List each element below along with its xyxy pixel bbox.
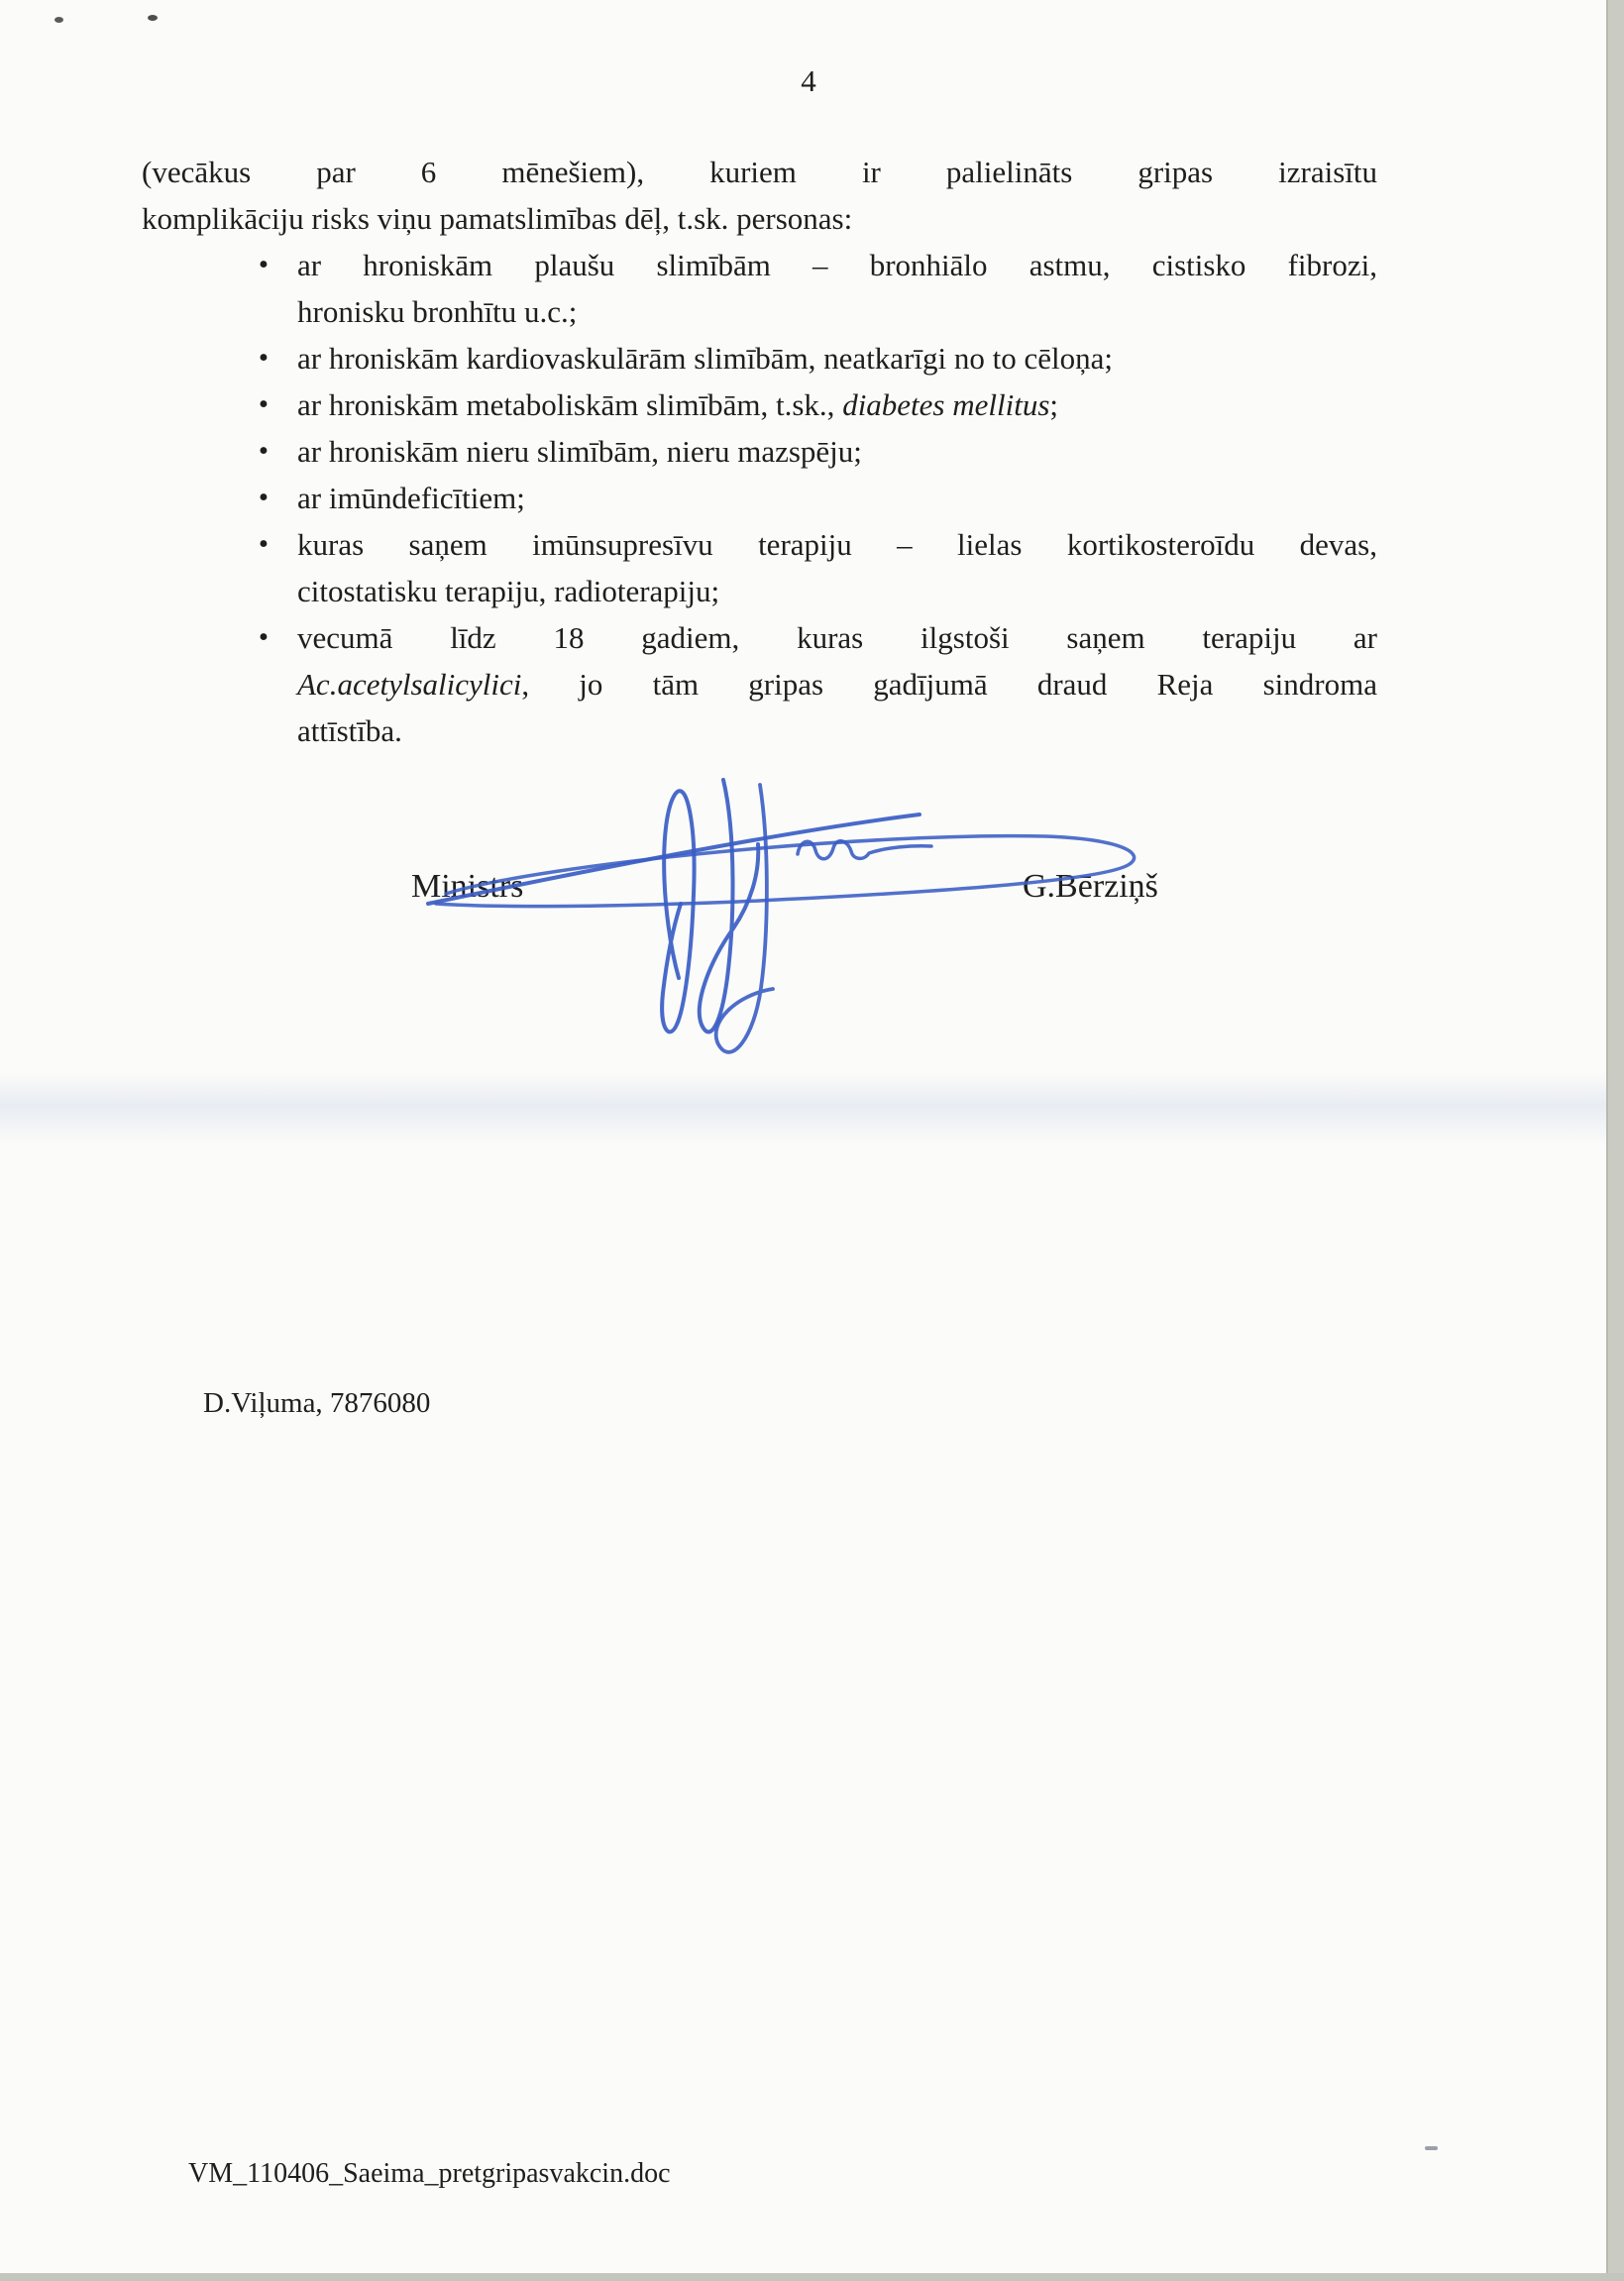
text-segment: (vecākus par 6 mēnešiem), kuriem ir pali… — [142, 155, 1377, 189]
bullet-item: •ar hroniskām kardiovaskulārām slimībām,… — [142, 335, 1377, 381]
text-segment: , jo tām gripas gadījumā draud Reja sind… — [521, 667, 1377, 702]
text-segment: ar imūndeficītiem; — [297, 481, 525, 515]
scan-speck — [1425, 2146, 1438, 2150]
text-segment: vecumā līdz 18 gadiem, kuras ilgstoši sa… — [297, 620, 1377, 655]
text-line: hronisku bronhītu u.c.; — [297, 288, 1377, 335]
text-line: ar hroniskām nieru slimībām, nieru mazsp… — [297, 428, 1377, 475]
scanner-edge-bottom — [0, 2273, 1624, 2281]
text-line: ar hroniskām kardiovaskulārām slimībām, … — [297, 335, 1377, 381]
bullet-marker: • — [244, 428, 283, 475]
text-segment: ar hroniskām plaušu slimībām – bronhiālo… — [297, 248, 1377, 282]
text-line: ar hroniskām plaušu slimībām – bronhiālo… — [297, 242, 1377, 288]
text-segment: komplikāciju risks viņu pamatslimības dē… — [142, 201, 852, 236]
text-line: ar imūndeficītiem; — [297, 475, 1377, 521]
text-segment: ; — [1049, 387, 1058, 422]
text-line: ar hroniskām metaboliskām slimībām, t.sk… — [297, 381, 1377, 428]
bullet-item: •vecumā līdz 18 gadiem, kuras ilgstoši s… — [142, 614, 1377, 754]
scan-artifact-band — [0, 1072, 1624, 1145]
text-line: attīstība. — [297, 707, 1377, 754]
scan-speck — [148, 15, 158, 21]
contact-line: D.Viļuma, 7876080 — [203, 1387, 430, 1420]
signature-stroke-diagonal — [428, 815, 920, 904]
bullet-marker: • — [244, 242, 283, 288]
text-segment: citostatisku terapiju, radioterapiju; — [297, 574, 719, 608]
bullet-item: •ar hroniskām plaušu slimībām – bronhiāl… — [142, 242, 1377, 335]
text-line: citostatisku terapiju, radioterapiju; — [297, 568, 1377, 614]
footer-filename: VM_110406_Saeima_pretgripasvakcin.doc — [188, 2158, 671, 2190]
text-segment: kuras saņem imūnsupresīvu terapiju – lie… — [297, 527, 1377, 562]
bullet-marker: • — [244, 614, 283, 661]
bullet-marker: • — [244, 381, 283, 428]
text-line: kuras saņem imūnsupresīvu terapiju – lie… — [297, 521, 1377, 568]
bullet-item: •ar hroniskām metaboliskām slimībām, t.s… — [142, 381, 1377, 428]
text-block: (vecākus par 6 mēnešiem), kuriem ir pali… — [142, 149, 1377, 754]
text-segment: attīstība. — [297, 713, 402, 748]
signature-stroke-vertical-1 — [662, 791, 694, 1032]
text-segment: ar hroniskām kardiovaskulārām slimībām, … — [297, 341, 1113, 376]
scanner-edge-right — [1606, 0, 1624, 2281]
text-segment: ar hroniskām metaboliskām slimībām, t.sk… — [297, 387, 842, 422]
scanned-document-page: 4 (vecākus par 6 mēnešiem), kuriem ir pa… — [0, 0, 1624, 2281]
text-line: Ac.acetylsalicylici, jo tām gripas gadīj… — [297, 661, 1377, 707]
text-segment: ar hroniskām nieru slimībām, nieru mazsp… — [297, 434, 862, 469]
bullet-marker: • — [244, 475, 283, 521]
text-line: (vecākus par 6 mēnešiem), kuriem ir pali… — [142, 149, 1377, 195]
text-line: vecumā līdz 18 gadiem, kuras ilgstoši sa… — [297, 614, 1377, 661]
scan-speck — [54, 17, 63, 23]
paragraph: (vecākus par 6 mēnešiem), kuriem ir pali… — [142, 149, 1377, 242]
page-number: 4 — [789, 63, 828, 99]
signature-stroke-loop — [436, 836, 1135, 907]
italic-text: diabetes mellitus — [842, 387, 1049, 422]
signature-stroke-descender — [716, 785, 773, 1052]
signature-ink — [391, 755, 1204, 1082]
italic-text: Ac.acetylsalicylici — [297, 667, 521, 702]
bullet-marker: • — [244, 335, 283, 381]
text-segment: hronisku bronhītu u.c.; — [297, 294, 577, 329]
text-line: komplikāciju risks viņu pamatslimības dē… — [142, 195, 1377, 242]
bullet-marker: • — [244, 521, 283, 568]
bullet-item: •ar imūndeficītiem; — [142, 475, 1377, 521]
bullet-item: •ar hroniskām nieru slimībām, nieru mazs… — [142, 428, 1377, 475]
bullet-item: •kuras saņem imūnsupresīvu terapiju – li… — [142, 521, 1377, 614]
